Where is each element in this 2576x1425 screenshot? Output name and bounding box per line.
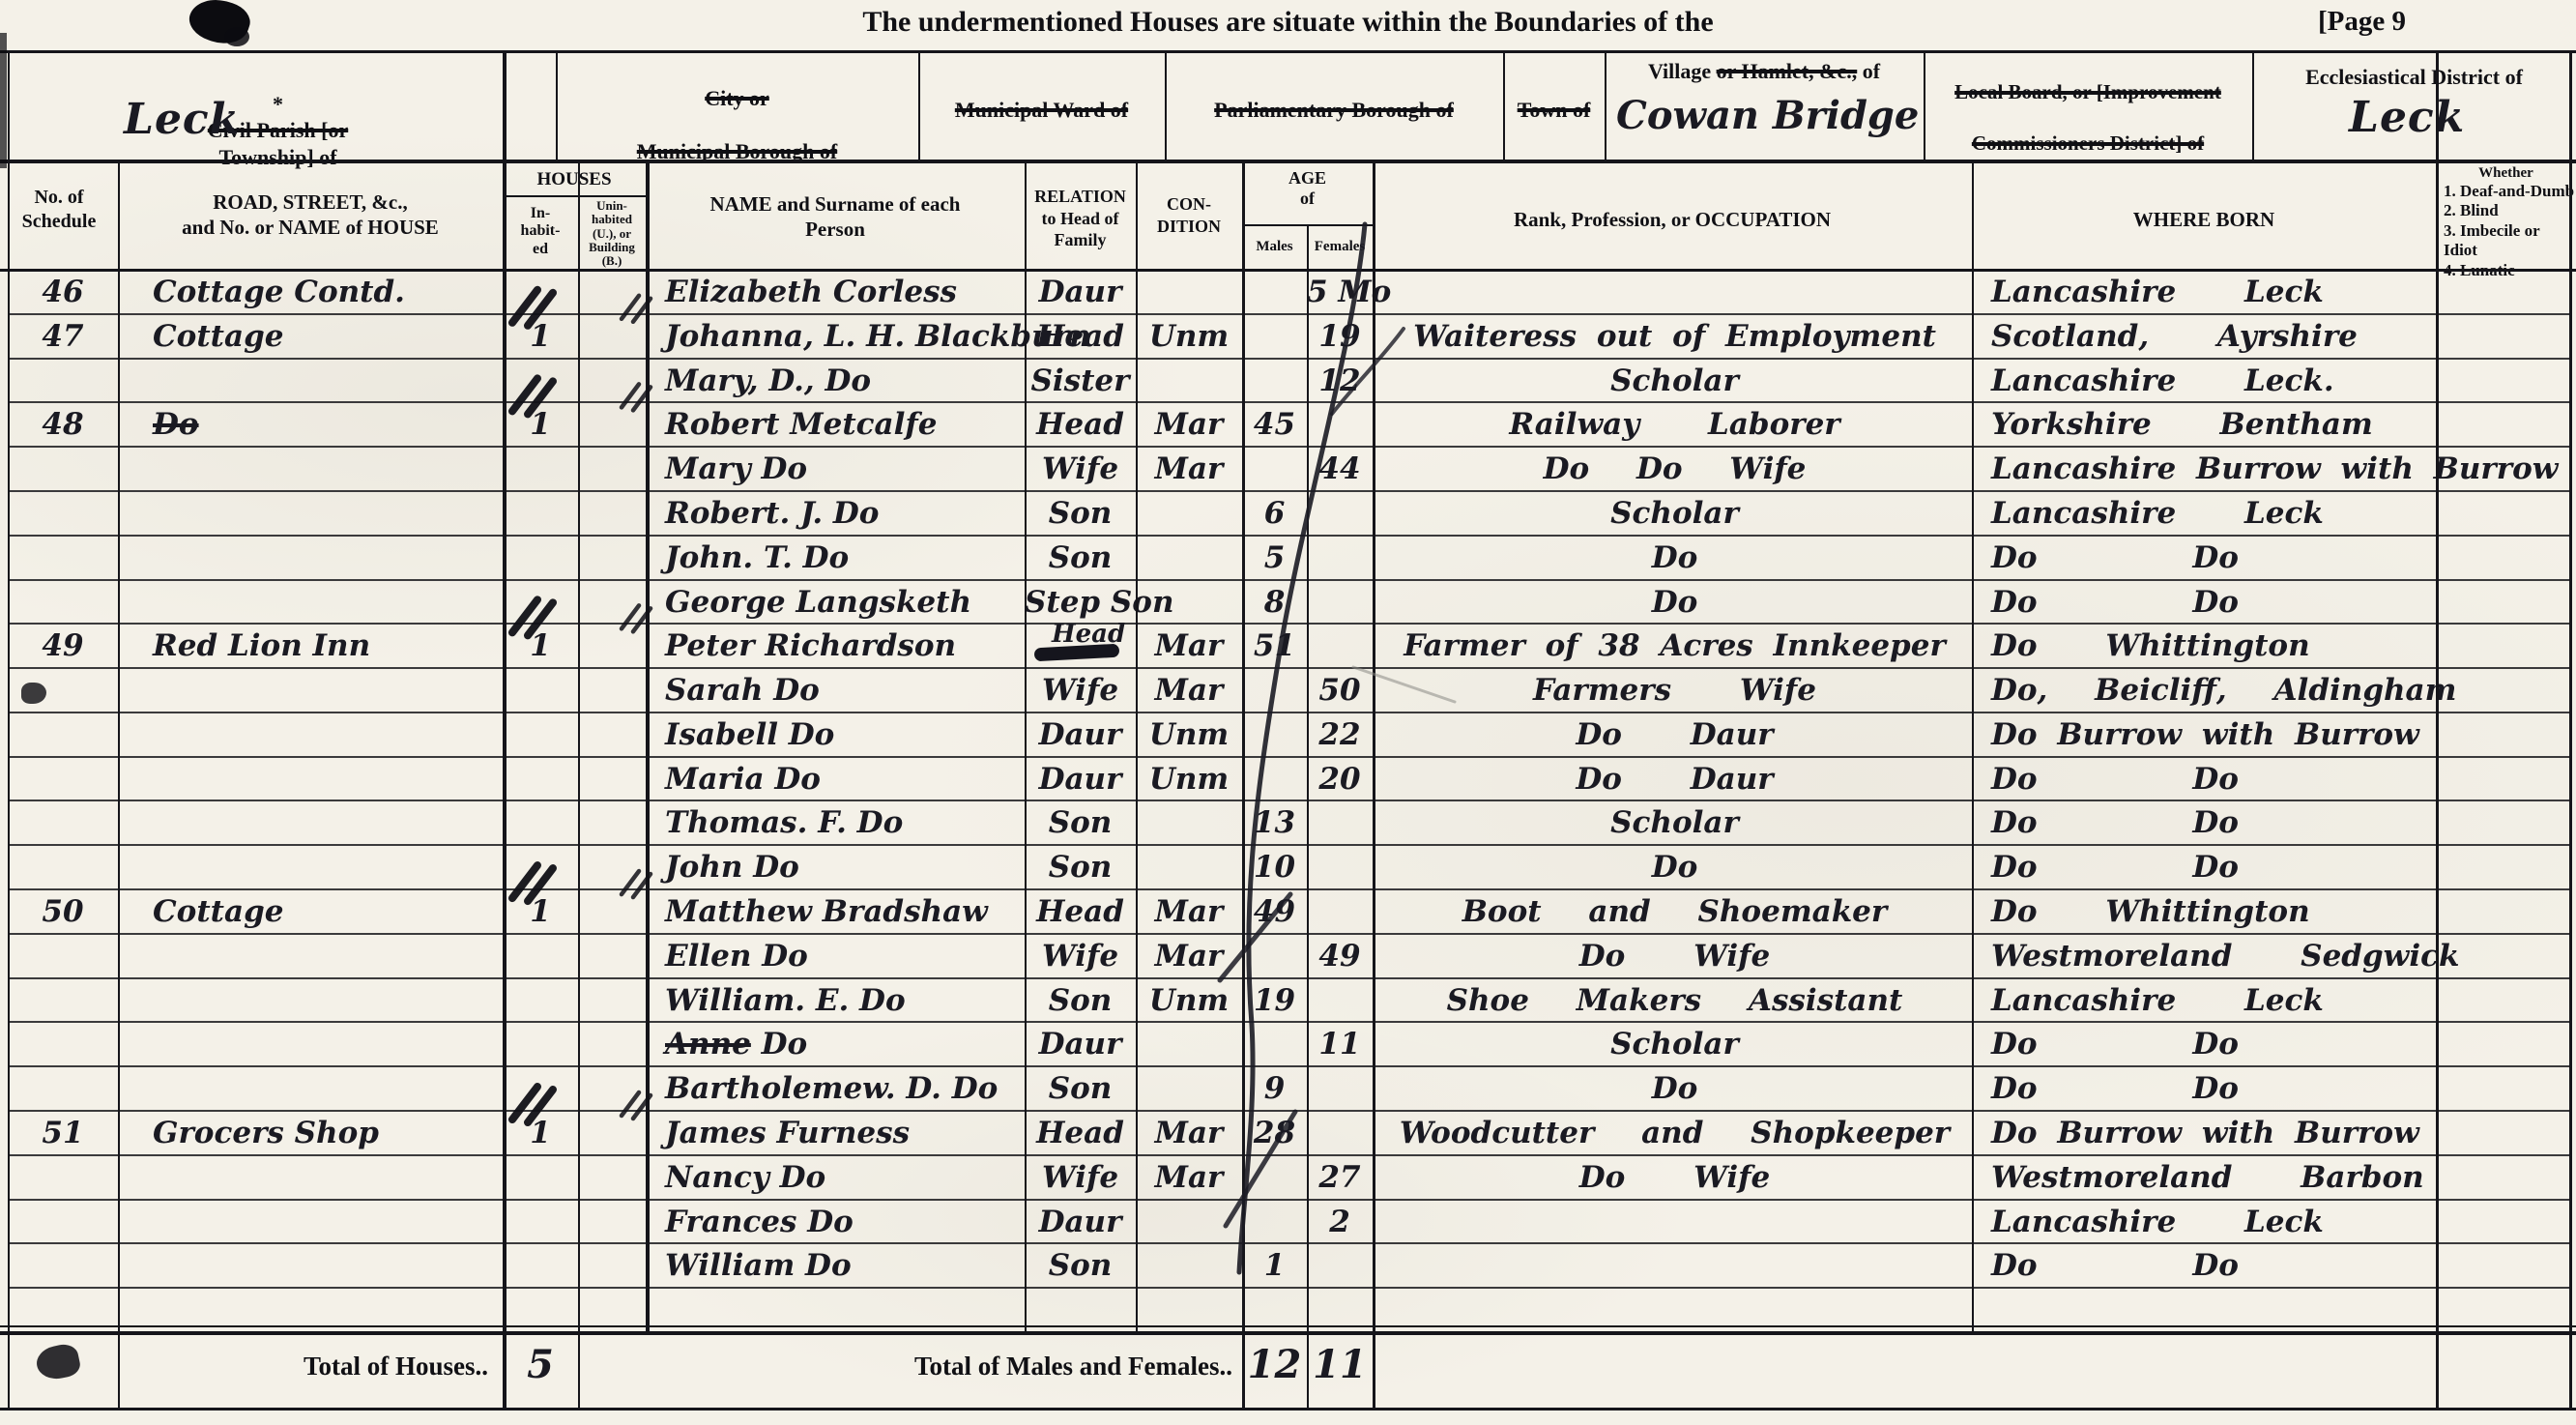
road-name <box>153 981 506 1022</box>
person-name: Isabell Do <box>665 715 834 756</box>
condition: Mar <box>1136 1114 1242 1154</box>
grid-line <box>1242 160 1245 1410</box>
relation-to-head: Daur <box>1025 760 1136 800</box>
relation-to-head: Head <box>1025 626 1136 667</box>
person-name: Elizabeth Corless <box>665 273 957 313</box>
age-female <box>1307 538 1373 579</box>
condition <box>1136 1069 1242 1110</box>
village-value: Cowan Bridge <box>1616 93 1919 138</box>
col-header-males: Males <box>1242 238 1307 256</box>
total-females-value: 11 <box>1307 1342 1373 1387</box>
relation-to-head: Sister <box>1025 362 1136 402</box>
road-name <box>153 583 506 624</box>
table-row: Mary Do Wife Mar 44 Do Do Wife Lancashir… <box>8 446 2570 492</box>
table-row: Mary, D., Do Sister 12 Scholar Lancashir… <box>8 358 2570 404</box>
age-female: 11 <box>1307 1025 1373 1065</box>
col-header-condition: CON- DITION <box>1136 193 1242 237</box>
age-male <box>1242 1025 1307 1065</box>
grid-line <box>918 50 920 160</box>
road-name: Cottage Contd. <box>153 273 506 313</box>
where-born: Do Burrow with Burrow <box>1991 1114 2419 1154</box>
age-male <box>1242 671 1307 712</box>
grid-line <box>1136 160 1138 1331</box>
occupation: Do <box>1373 1069 1977 1110</box>
houses-uninhabited <box>578 1203 646 1243</box>
person-name: William Do <box>665 1246 852 1287</box>
schedule-number <box>8 362 118 402</box>
houses-inhabited <box>503 273 578 313</box>
road-name <box>153 937 506 977</box>
age-male <box>1242 317 1307 358</box>
schedule-number <box>8 803 118 844</box>
col-header-inhabited: In- habit- ed <box>503 205 578 258</box>
where-born: Lancashire Leck <box>1991 273 2324 313</box>
houses-uninhabited <box>578 538 646 579</box>
condition: Unm <box>1136 760 1242 800</box>
road-name <box>153 671 506 712</box>
person-name: John. T. Do <box>665 538 849 579</box>
header-parliamentary-borough: Parliamentary Borough of <box>1165 70 1503 123</box>
person-name: George Langsketh <box>665 583 971 624</box>
schedule-number <box>8 450 118 490</box>
where-born: Do Do <box>1991 803 2239 844</box>
age-female <box>1307 892 1373 933</box>
relation-to-head: Son <box>1025 803 1136 844</box>
houses-uninhabited <box>578 583 646 624</box>
person-name: James Furness <box>665 1114 910 1154</box>
where-born: Do Do <box>1991 1246 2239 1287</box>
houses-inhabited: 1 <box>503 892 578 933</box>
houses-inhabited: 1 <box>503 405 578 446</box>
table-row: Maria Do Daur Unm 20 Do Daur Do Do <box>8 756 2570 802</box>
where-born: Do Do <box>1991 1069 2239 1110</box>
grid-line <box>1025 160 1027 1331</box>
age-male: 19 <box>1242 981 1307 1022</box>
person-name: Peter Richardson <box>665 626 956 667</box>
age-female: 22 <box>1307 715 1373 756</box>
condition: Mar <box>1136 450 1242 490</box>
age-male <box>1242 362 1307 402</box>
age-female: 44 <box>1307 450 1373 490</box>
person-name: Bartholemew. D. Do <box>665 1069 998 1110</box>
occupation <box>1373 273 1977 313</box>
road-name: Red Lion Inn <box>153 626 506 667</box>
table-row: Robert. J. Do Son 6 Scholar Lancashire L… <box>8 490 2570 537</box>
total-houses-label: Total of Houses.. <box>155 1352 488 1381</box>
condition <box>1136 1025 1242 1065</box>
person-name: Robert. J. Do <box>665 494 879 535</box>
grid-line <box>503 50 507 1410</box>
schedule-number: 48 <box>8 405 118 446</box>
left-edge-mark <box>0 33 7 168</box>
houses-inhabited <box>503 1069 578 1110</box>
occupation: Do Do Wife <box>1373 450 1977 490</box>
table-row: John Do Son 10 Do Do Do <box>8 844 2570 890</box>
person-name: Anne Do <box>665 1025 807 1065</box>
condition <box>1136 538 1242 579</box>
col-header-uninhabited: Unin- habited (U.), or Building (B.) <box>578 199 646 268</box>
relation-to-head: Son <box>1025 1246 1136 1287</box>
col-header-relation: RELATION to Head of Family <box>1025 186 1136 251</box>
road-name <box>153 760 506 800</box>
houses-uninhabited <box>578 1025 646 1065</box>
page-title: The undermentioned Houses are situate wi… <box>0 6 2576 39</box>
where-born: Yorkshire Bentham <box>1991 405 2373 446</box>
person-name: Sarah Do <box>665 671 820 712</box>
schedule-number <box>8 1025 118 1065</box>
col-header-whether-title: Whether <box>2436 164 2576 183</box>
relation-to-head: Son <box>1025 494 1136 535</box>
table-row: Anne Do Daur 11 Scholar Do Do <box>8 1021 2570 1067</box>
relation-to-head: Daur <box>1025 1203 1136 1243</box>
road-name <box>153 450 506 490</box>
where-born: Do, Beicliff, Aldingham <box>1991 671 2456 712</box>
road-name <box>153 538 506 579</box>
houses-inhabited <box>503 1203 578 1243</box>
grid-line <box>646 160 650 1331</box>
header-ecclesiastical-district: Ecclesiastical District of <box>2252 64 2576 91</box>
census-page: The undermentioned Houses are situate wi… <box>0 0 2576 1425</box>
person-name: Ellen Do <box>665 937 808 977</box>
relation-to-head: Wife <box>1025 450 1136 490</box>
table-row: Frances Do Daur 2 Lancashire Leck <box>8 1199 2570 1245</box>
houses-inhabited <box>503 981 578 1022</box>
header-municipal-ward: Municipal Ward of <box>918 70 1165 123</box>
age-female <box>1307 626 1373 667</box>
houses-uninhabited <box>578 362 646 402</box>
houses-uninhabited <box>578 671 646 712</box>
where-born: Do Burrow with Burrow <box>1991 715 2419 756</box>
houses-uninhabited <box>578 450 646 490</box>
schedule-number <box>8 1203 118 1243</box>
ink-blob-top-left-2 <box>224 27 249 46</box>
condition <box>1136 1203 1242 1243</box>
houses-inhabited <box>503 538 578 579</box>
condition: Mar <box>1136 892 1242 933</box>
road-name: Cottage <box>153 317 506 358</box>
where-born: Do Do <box>1991 538 2239 579</box>
schedule-number: 49 <box>8 626 118 667</box>
age-male: 45 <box>1242 405 1307 446</box>
relation-to-head: Head <box>1025 1114 1136 1154</box>
col-header-occupation: Rank, Profession, or OCCUPATION <box>1373 207 1972 232</box>
age-female <box>1307 1069 1373 1110</box>
road-name <box>153 1158 506 1199</box>
grid-line <box>1924 50 1925 160</box>
condition <box>1136 362 1242 402</box>
table-row: John. T. Do Son 5 Do Do Do <box>8 535 2570 581</box>
road-name <box>153 715 506 756</box>
occupation: Do <box>1373 583 1977 624</box>
header-town: Town of <box>1503 70 1605 123</box>
age-male: 28 <box>1242 1114 1307 1154</box>
person-name: Maria Do <box>665 760 821 800</box>
houses-inhabited <box>503 1025 578 1065</box>
where-born: Westmoreland Barbon <box>1991 1158 2424 1199</box>
condition <box>1136 1246 1242 1287</box>
where-born: Scotland, Ayrshire <box>1991 317 2358 358</box>
age-male <box>1242 1158 1307 1199</box>
relation-to-head: Head <box>1025 892 1136 933</box>
occupation: Do <box>1373 538 1977 579</box>
road-name <box>153 494 506 535</box>
where-born: Lancashire Leck <box>1991 1203 2324 1243</box>
where-born: Do Do <box>1991 583 2239 624</box>
grid-line <box>0 1325 2576 1327</box>
houses-inhabited <box>503 494 578 535</box>
where-born: Do Do <box>1991 760 2239 800</box>
civil-parish-value: Leck <box>124 95 240 144</box>
age-female <box>1307 848 1373 888</box>
person-name: Mary, D., Do <box>665 362 871 402</box>
houses-inhabited: 1 <box>503 626 578 667</box>
age-female <box>1307 1114 1373 1154</box>
occupation: Do Daur <box>1373 760 1977 800</box>
schedule-number: 47 <box>8 317 118 358</box>
condition: Mar <box>1136 405 1242 446</box>
occupation: Scholar <box>1373 803 1977 844</box>
age-female <box>1307 494 1373 535</box>
ecclesiastical-district-value: Leck <box>2349 93 2465 142</box>
relation-to-head: Daur <box>1025 715 1136 756</box>
age-male: 5 <box>1242 538 1307 579</box>
table-row: Bartholemew. D. Do Son 9 Do Do Do <box>8 1065 2570 1112</box>
occupation: Do Wife <box>1373 937 1977 977</box>
where-born: Westmoreland Sedgwick <box>1991 937 2459 977</box>
occupation: Waiteress out of Employment <box>1373 317 1977 358</box>
age-female: 19 <box>1307 317 1373 358</box>
age-female <box>1307 405 1373 446</box>
col-header-name: NAME and Surname of each Person <box>646 191 1025 243</box>
where-born: Lancashire Burrow with Burrow <box>1991 450 2558 490</box>
grid-line <box>2436 50 2439 1410</box>
houses-uninhabited <box>578 715 646 756</box>
houses-inhabited <box>503 362 578 402</box>
occupation: Scholar <box>1373 362 1977 402</box>
occupation: Farmer of 38 Acres Innkeeper <box>1373 626 1977 667</box>
houses-uninhabited <box>578 626 646 667</box>
houses-uninhabited <box>578 273 646 313</box>
total-males-females-label: Total of Males and Females.. <box>677 1352 1232 1381</box>
schedule-number <box>8 583 118 624</box>
occupation <box>1373 1246 1977 1287</box>
table-row: 47 Cottage 1 Johanna, L. H. Blackburn He… <box>8 313 2570 360</box>
schedule-number <box>8 981 118 1022</box>
condition <box>1136 583 1242 624</box>
houses-inhabited <box>503 671 578 712</box>
schedule-number <box>8 1069 118 1110</box>
header-village: Village or Hamlet, &c., of <box>1605 58 1924 85</box>
age-male: 13 <box>1242 803 1307 844</box>
where-born: Lancashire Leck <box>1991 494 2324 535</box>
table-row: Isabell Do Daur Unm 22 Do Daur Do Burrow… <box>8 712 2570 758</box>
houses-uninhabited <box>578 1246 646 1287</box>
schedule-number: 46 <box>8 273 118 313</box>
grid-line <box>1165 50 1167 160</box>
road-name <box>153 362 506 402</box>
table-row: 51 Grocers Shop 1 James Furness Head Mar… <box>8 1110 2570 1156</box>
houses-uninhabited <box>578 405 646 446</box>
road-name: Cottage <box>153 892 506 933</box>
schedule-number <box>8 848 118 888</box>
age-male: 1 <box>1242 1246 1307 1287</box>
schedule-number <box>8 538 118 579</box>
table-row: 48 Do 1 Robert Metcalfe Head Mar 45 Rail… <box>8 401 2570 448</box>
relation-to-head: Wife <box>1025 937 1136 977</box>
person-name: Robert Metcalfe <box>665 405 937 446</box>
occupation: Do <box>1373 848 1977 888</box>
schedule-number: 50 <box>8 892 118 933</box>
total-houses-value: 5 <box>503 1342 578 1387</box>
person-name: John Do <box>665 848 799 888</box>
relation-to-head: Wife <box>1025 671 1136 712</box>
houses-inhabited <box>503 803 578 844</box>
houses-inhabited: 1 <box>503 1114 578 1154</box>
relation-to-head: Son <box>1025 538 1136 579</box>
grid-line <box>0 1408 2576 1410</box>
header-civil-parish: * Civil Parish [or Township] of <box>0 64 556 170</box>
condition: Mar <box>1136 1158 1242 1199</box>
person-name: Matthew Bradshaw <box>665 892 988 933</box>
asterisk: * <box>273 92 283 116</box>
age-female: 12 <box>1307 362 1373 402</box>
houses-uninhabited <box>578 1158 646 1199</box>
houses-uninhabited <box>578 1069 646 1110</box>
relation-to-head: Son <box>1025 1069 1136 1110</box>
table-row: William. E. Do Son Unm 19 Shoe Makers As… <box>8 977 2570 1024</box>
houses-inhabited <box>503 937 578 977</box>
grid-line <box>556 50 558 160</box>
occupation: Farmers Wife <box>1373 671 1977 712</box>
header-local-board: Local Board, or [Improvement Commissione… <box>1924 54 2252 156</box>
table-row: 49 Red Lion Inn 1 Peter Richardson Head … <box>8 623 2570 669</box>
table-row: Nancy Do Wife Mar 27 Do Wife Westmorelan… <box>8 1154 2570 1201</box>
grid-line <box>1307 224 1309 1410</box>
condition: Unm <box>1136 715 1242 756</box>
col-header-houses: HOUSES <box>503 168 646 191</box>
total-males-value: 12 <box>1242 1342 1307 1387</box>
road-name <box>153 1025 506 1065</box>
where-born: Do Do <box>1991 848 2239 888</box>
where-born: Do Do <box>1991 1025 2239 1065</box>
age-female: 50 <box>1307 671 1373 712</box>
grid-line <box>1972 160 1974 1331</box>
age-male <box>1242 760 1307 800</box>
occupation: Scholar <box>1373 1025 1977 1065</box>
schedule-number <box>8 494 118 535</box>
road-name <box>153 1069 506 1110</box>
houses-inhabited <box>503 450 578 490</box>
road-name <box>153 803 506 844</box>
relation-to-head: Head <box>1025 405 1136 446</box>
age-male <box>1242 273 1307 313</box>
where-born: Do Whittington <box>1991 892 2310 933</box>
road-name <box>153 1203 506 1243</box>
road-name: Grocers Shop <box>153 1114 506 1154</box>
houses-inhabited <box>503 760 578 800</box>
houses-uninhabited <box>578 494 646 535</box>
grid-line <box>1605 50 1606 160</box>
relation-to-head: Son <box>1025 848 1136 888</box>
relation-to-head: Son <box>1025 981 1136 1022</box>
occupation: Boot and Shoemaker <box>1373 892 1977 933</box>
occupation: Scholar <box>1373 494 1977 535</box>
table-row: 46 Cottage Contd. Elizabeth Corless Daur… <box>8 269 2570 315</box>
condition: Unm <box>1136 981 1242 1022</box>
grid-line <box>578 160 580 1410</box>
person-name: Mary Do <box>665 450 807 490</box>
houses-uninhabited <box>578 1114 646 1154</box>
age-male: 6 <box>1242 494 1307 535</box>
houses-uninhabited <box>578 317 646 358</box>
person-name: William. E. Do <box>665 981 906 1022</box>
relation-to-head: Daur <box>1025 273 1136 313</box>
age-female <box>1307 981 1373 1022</box>
condition: Mar <box>1136 671 1242 712</box>
grid-line <box>8 50 10 1410</box>
age-male <box>1242 937 1307 977</box>
col-header-females: Females <box>1307 238 1373 256</box>
condition <box>1136 273 1242 313</box>
page-number-label: [Page 9 <box>2318 6 2406 38</box>
grid-line <box>1242 224 1373 226</box>
occupation: Do Daur <box>1373 715 1977 756</box>
houses-uninhabited <box>578 803 646 844</box>
occupation: Railway Laborer <box>1373 405 1977 446</box>
col-header-age: AGE of <box>1242 168 1373 208</box>
occupation: Do Wife <box>1373 1158 1977 1199</box>
age-male: 10 <box>1242 848 1307 888</box>
relation-to-head: Daur <box>1025 1025 1136 1065</box>
houses-inhabited: 1 <box>503 317 578 358</box>
schedule-number <box>8 715 118 756</box>
houses-uninhabited <box>578 848 646 888</box>
person-name: Nancy Do <box>665 1158 825 1199</box>
schedule-number <box>8 760 118 800</box>
person-name: Thomas. F. Do <box>665 803 903 844</box>
houses-inhabited <box>503 583 578 624</box>
age-female: 2 <box>1307 1203 1373 1243</box>
table-row: George Langsketh Step Son 8 Do Do Do <box>8 579 2570 625</box>
houses-inhabited <box>503 1158 578 1199</box>
col-header-schedule: No. of Schedule <box>0 186 118 234</box>
table-row: 50 Cottage 1 Matthew Bradshaw Head Mar 4… <box>8 888 2570 935</box>
col-header-where-born: WHERE BORN <box>1972 207 2436 232</box>
grid-line <box>503 195 646 197</box>
grid-line <box>1503 50 1505 160</box>
occupation <box>1373 1203 1977 1243</box>
grid-line <box>0 50 2576 53</box>
occupation: Shoe Makers Assistant <box>1373 981 1977 1022</box>
houses-inhabited <box>503 848 578 888</box>
table-row: Ellen Do Wife Mar 49 Do Wife Westmorelan… <box>8 933 2570 979</box>
houses-inhabited <box>503 715 578 756</box>
age-male: 51 <box>1242 626 1307 667</box>
road-name: Do <box>153 405 506 446</box>
age-female: 27 <box>1307 1158 1373 1199</box>
condition: Unm <box>1136 317 1242 358</box>
age-male <box>1242 1203 1307 1243</box>
age-female <box>1307 803 1373 844</box>
grid-line <box>0 1331 2576 1335</box>
road-name <box>153 848 506 888</box>
col-header-whether-list: 1. Deaf-and-Dumb 2. Blind 3. Imbecile or… <box>2444 182 2576 280</box>
age-male: 9 <box>1242 1069 1307 1110</box>
occupation: Woodcutter and Shopkeeper <box>1373 1114 1977 1154</box>
condition: Mar <box>1136 937 1242 977</box>
age-male <box>1242 715 1307 756</box>
table-row: Sarah Do Wife Mar 50 Farmers Wife Do, Be… <box>8 667 2570 713</box>
